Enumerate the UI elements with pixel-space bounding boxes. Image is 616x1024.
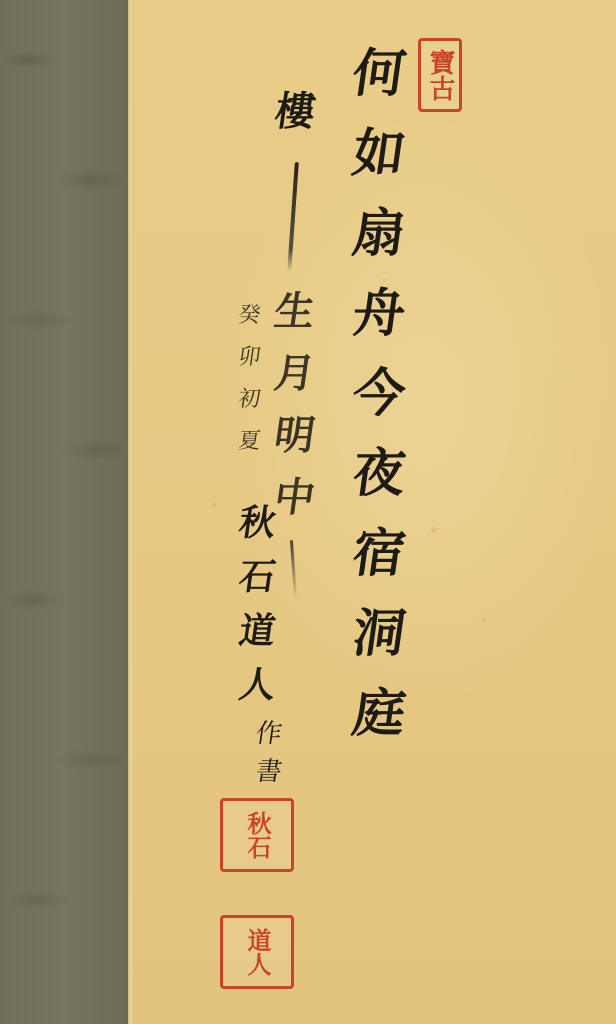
seal-top-text: 寶古	[427, 49, 453, 101]
seal-bottom-text: 道人	[245, 928, 269, 976]
seal-middle: 秋石	[220, 798, 294, 872]
character: 夏	[234, 431, 262, 473]
character: 道	[234, 613, 278, 667]
character: 月	[269, 354, 318, 416]
character: 秋	[234, 505, 278, 559]
character: 石	[234, 559, 278, 613]
signature-column: 秋 石 道 人 作 書	[226, 505, 286, 797]
character: 舟	[345, 288, 408, 368]
character: 癸	[234, 305, 262, 347]
character: 夜	[345, 448, 408, 528]
seal-top: 寶古	[418, 38, 462, 112]
calligraphy-date-column: 癸 卯 初 夏	[228, 305, 268, 473]
silk-mounting-border	[0, 0, 128, 1024]
calligraphy-main-column: 何 如 扇 舟 今 夜 宿 洞 庭	[342, 48, 412, 768]
character: 作	[252, 721, 283, 759]
character: 明	[269, 416, 318, 478]
character: 何	[345, 48, 408, 128]
character: 洞	[345, 608, 408, 688]
character: 卯	[234, 347, 262, 389]
character: 扇	[345, 208, 408, 288]
seal-middle-text: 秋石	[245, 811, 269, 859]
trailing-brush-stroke	[289, 540, 296, 600]
character: 今	[345, 368, 408, 448]
character: 宿	[345, 528, 408, 608]
character: 人	[234, 667, 278, 721]
trailing-brush-stroke	[287, 162, 299, 272]
seal-bottom: 道人	[220, 915, 294, 989]
character: 書	[252, 759, 283, 797]
character: 初	[234, 389, 262, 431]
character: 如	[345, 128, 408, 208]
character: 樓	[268, 92, 318, 162]
character: 生	[269, 292, 318, 354]
character: 庭	[345, 688, 408, 768]
